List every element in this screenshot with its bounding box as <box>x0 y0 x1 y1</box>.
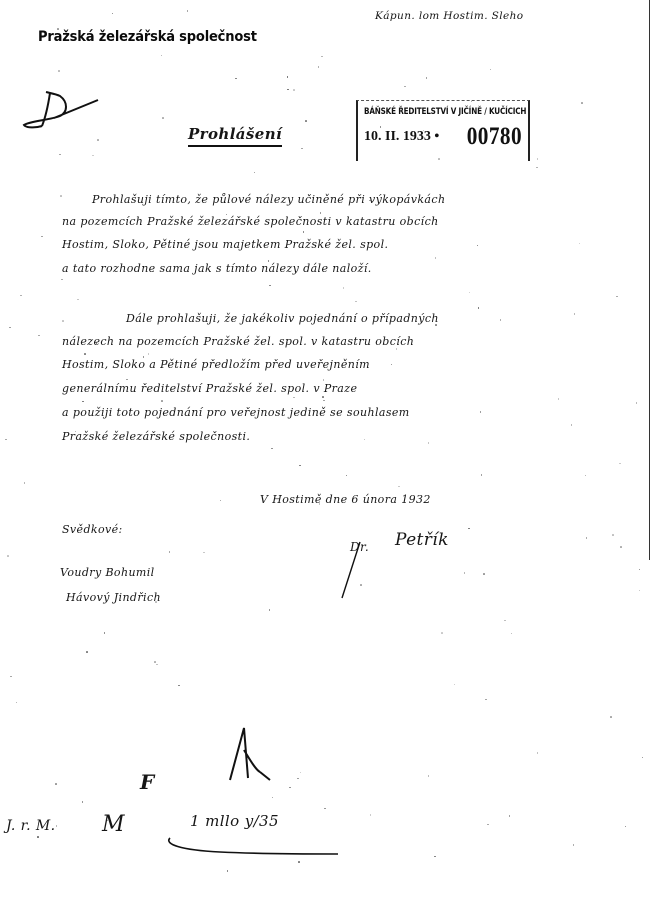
scan-speck <box>169 551 171 553</box>
scan-speck <box>537 158 539 160</box>
scan-speck <box>303 231 305 233</box>
scan-speck <box>639 590 641 592</box>
scan-speck <box>301 148 303 150</box>
scan-speck <box>324 808 326 810</box>
scan-speck <box>297 778 299 780</box>
scan-speck <box>454 684 456 686</box>
scan-speck <box>573 844 575 846</box>
scan-speck <box>217 34 219 36</box>
scan-speck <box>56 825 58 827</box>
scan-speck <box>148 353 150 355</box>
bottom-mark-f: F <box>140 770 155 794</box>
scan-speck <box>323 379 325 381</box>
scan-speck <box>293 89 295 91</box>
scan-speck <box>97 139 99 141</box>
stamp-date: 10. II. 1933 • <box>364 129 439 145</box>
scan-speck <box>610 716 612 718</box>
scan-speck <box>24 482 26 484</box>
paragraph-1-line: Hostim, Sloko, Pětiné jsou majetkem Praž… <box>62 238 388 251</box>
scan-speck <box>112 13 114 15</box>
scan-speck <box>426 77 428 79</box>
scan-speck <box>322 396 324 398</box>
scan-speck <box>369 200 371 202</box>
scan-speck <box>77 299 79 301</box>
witnesses-label: Svědkové: <box>62 523 123 536</box>
scan-speck <box>55 783 57 785</box>
scan-speck <box>487 824 489 826</box>
scan-speck <box>428 775 430 777</box>
scan-speck <box>616 296 618 298</box>
received-stamp: BÁŇSKÉ ŘEDITELSTVÍ V JIČÍNĚ / KUČÍCICH 1… <box>356 100 530 161</box>
scan-speck <box>558 398 560 400</box>
scan-speck <box>469 292 471 294</box>
scan-speck <box>571 424 573 426</box>
stamp-separator: • <box>434 129 439 144</box>
bottom-initials: M <box>102 812 125 837</box>
scan-speck <box>537 752 539 754</box>
document-title: Prohlášení <box>188 125 282 147</box>
scan-speck <box>152 271 154 273</box>
scan-speck <box>254 172 256 174</box>
scan-speck <box>203 552 205 554</box>
scan-speck <box>464 572 466 574</box>
scan-speck <box>636 402 638 404</box>
scan-speck <box>7 555 9 557</box>
scan-speck <box>435 257 437 259</box>
scan-speck <box>92 155 94 157</box>
scan-speck <box>585 475 587 477</box>
scan-speck <box>428 442 430 444</box>
scan-speck <box>58 70 60 72</box>
scan-speck <box>82 801 84 803</box>
scan-speck <box>485 699 487 701</box>
paragraph-2-line: Hostim, Sloko a Pětiné předložím před uv… <box>62 358 370 371</box>
scan-speck <box>272 797 274 799</box>
stamp-office: BÁŇSKÉ ŘEDITELSTVÍ V JIČÍNĚ / KUČÍCICH <box>364 107 526 117</box>
scan-speck <box>480 411 482 413</box>
scan-speck <box>38 335 40 337</box>
scan-speck <box>287 76 289 78</box>
signature-stroke-icon <box>330 540 400 600</box>
scan-speck <box>396 348 398 350</box>
reference-note: Kápun. lom Hostim. Sleho <box>375 10 524 22</box>
scan-speck <box>409 336 411 338</box>
scan-speck <box>155 601 157 603</box>
scan-speck <box>59 154 61 156</box>
scan-speck <box>355 301 357 303</box>
scan-speck <box>178 685 180 687</box>
letterhead: Pražská železářská společnost <box>38 29 257 45</box>
scan-speck <box>154 661 156 663</box>
scan-speck <box>16 702 18 704</box>
paragraph-1-line: na pozemcích Pražské železářské společno… <box>62 215 439 228</box>
scan-speck <box>60 195 62 197</box>
place-date: V Hostimě dne 6 února 1932 <box>260 493 431 506</box>
scan-speck <box>435 324 437 326</box>
scan-edge-line <box>649 0 650 560</box>
scan-speck <box>620 546 622 548</box>
scan-speck <box>96 342 98 344</box>
scan-speck <box>586 537 588 539</box>
scan-speck <box>404 86 406 88</box>
scan-speck <box>161 55 163 57</box>
scan-speck <box>438 158 440 160</box>
scan-speck <box>161 400 163 402</box>
scanned-document-page: Pražská železářská společnost Kápun. lom… <box>0 0 653 900</box>
scan-speck <box>320 212 322 214</box>
stamp-number: 00780 <box>467 123 522 151</box>
scan-speck <box>380 126 382 128</box>
scan-speck <box>287 89 289 91</box>
scan-speck <box>500 319 502 321</box>
scan-speck <box>162 117 164 119</box>
scan-speck <box>143 356 145 358</box>
paragraph-1-line: Prohlašuji tímto, že půlové nálezy učině… <box>92 193 445 206</box>
scan-speck <box>483 573 485 575</box>
scan-speck <box>37 836 39 838</box>
scan-speck <box>84 353 86 355</box>
scan-speck <box>86 651 88 653</box>
scan-speck <box>126 379 128 381</box>
scan-speck <box>269 609 271 611</box>
scan-speck <box>370 814 372 816</box>
scan-speck <box>156 664 158 666</box>
scan-speck <box>509 815 511 817</box>
scan-speck <box>398 486 400 488</box>
paragraph-2-line: Pražské železářské společnosti. <box>62 430 250 443</box>
scan-speck <box>293 397 295 399</box>
scan-speck <box>478 307 480 309</box>
scan-speck <box>82 401 84 403</box>
scan-speck <box>441 632 443 634</box>
scan-speck <box>642 757 644 759</box>
paragraph-2-line: a použiji toto pojednání pro veřejnost j… <box>62 406 410 419</box>
scan-speck <box>612 534 614 536</box>
scan-speck <box>104 632 106 634</box>
scan-speck <box>187 10 189 12</box>
scan-speck <box>434 856 436 858</box>
scan-speck <box>289 787 291 789</box>
scan-speck <box>625 826 627 828</box>
scan-speck <box>41 236 43 238</box>
scan-speck <box>235 78 237 80</box>
scan-speck <box>300 772 302 774</box>
scan-speck <box>318 66 320 68</box>
bottom-initials: J. r. M. <box>6 818 55 834</box>
scan-speck <box>9 327 11 329</box>
scan-speck <box>490 69 492 71</box>
witness-name: Hávový Jindřich <box>66 591 161 604</box>
scan-speck <box>271 448 273 450</box>
paragraph-1-line: a tato rozhodne sama jak s tímto nálezy … <box>62 262 372 275</box>
scan-speck <box>477 245 479 247</box>
handwritten-peak-mark-icon <box>220 720 290 790</box>
scan-speck <box>468 528 470 530</box>
scan-speck <box>391 364 393 366</box>
scan-speck <box>269 285 271 287</box>
paragraph-2-line: nálezech na pozemcích Pražské žel. spol.… <box>62 335 414 348</box>
scan-speck <box>321 56 323 58</box>
scan-speck <box>536 167 538 169</box>
handwritten-d-mark-icon <box>20 88 100 133</box>
scan-speck <box>481 474 483 476</box>
scan-speck <box>504 620 506 622</box>
scan-speck <box>62 320 64 322</box>
signature-name: Petřík <box>395 530 449 550</box>
scan-speck <box>511 633 513 635</box>
scan-speck <box>57 28 59 30</box>
scan-speck <box>581 102 583 104</box>
scan-speck <box>619 463 621 465</box>
scan-speck <box>343 287 345 289</box>
scan-speck <box>5 439 7 441</box>
scan-speck <box>227 870 229 872</box>
scan-speck <box>10 676 12 678</box>
scan-speck <box>20 295 22 297</box>
scan-speck <box>574 313 576 315</box>
paragraph-2-line: generálnímu ředitelství Pražské žel. spo… <box>62 382 357 395</box>
paragraph-2-line: Dále prohlašuji, že jakékoliv pojednání … <box>126 312 439 325</box>
scan-speck <box>360 584 362 586</box>
scan-speck <box>299 465 301 467</box>
scan-speck <box>346 475 348 477</box>
scan-speck <box>220 500 222 502</box>
scan-speck <box>364 439 366 441</box>
scan-speck <box>305 120 307 122</box>
scan-speck <box>298 861 300 863</box>
stamp-date-value: 10. II. 1933 <box>364 129 431 144</box>
flourish-underline-icon <box>160 820 340 860</box>
scan-speck <box>579 243 581 245</box>
scan-speck <box>323 400 325 402</box>
scan-speck <box>61 279 63 281</box>
scan-speck <box>182 320 184 322</box>
witness-name: Voudry Bohumil <box>60 566 155 579</box>
scan-speck <box>639 569 641 571</box>
